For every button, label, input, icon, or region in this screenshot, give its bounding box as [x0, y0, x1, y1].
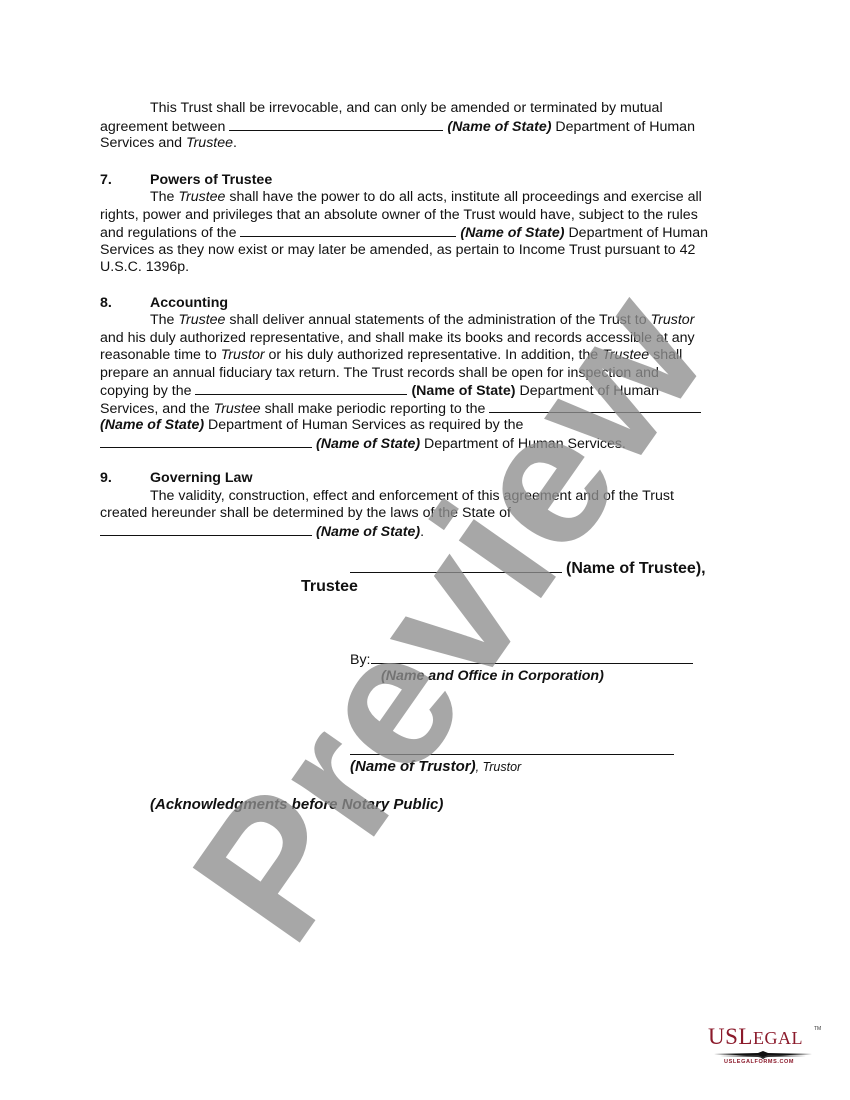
section-9-line-1: The validity, construction, effect and e…: [150, 488, 674, 505]
state-placeholder: (Name of State): [460, 225, 564, 241]
text: Department of Human: [568, 225, 708, 241]
text: EGAL: [753, 1028, 803, 1048]
section-8-line-6: Services, and the Trustee shall make per…: [100, 400, 705, 418]
text: shall have the power to do all acts, ins…: [229, 189, 701, 205]
section-7-number: 7.: [100, 172, 112, 189]
text: US: [708, 1024, 738, 1049]
by-signature-line: By:: [350, 651, 697, 669]
text: reasonable time to: [100, 347, 217, 363]
section-9-line-3: (Name of State).: [100, 523, 424, 541]
section-7-line-5: U.S.C. 1396p.: [100, 259, 189, 276]
trustor-label: (Name of Trustor), Trustor: [350, 758, 521, 776]
corporation-signature-blank[interactable]: [371, 651, 693, 664]
intro-line-1: This Trust shall be irrevocable, and can…: [150, 100, 663, 117]
trademark-mark: TM: [814, 1026, 821, 1032]
trustee-signature-line: (Name of Trustee),: [350, 558, 706, 578]
trustee-term: Trustee: [602, 347, 649, 363]
section-9-heading: Governing Law: [150, 470, 252, 487]
logo-wordmark: USLEGAL: [708, 1024, 803, 1050]
state-placeholder: (Name of State): [447, 119, 551, 135]
section-8-line-1: The Trustee shall deliver annual stateme…: [150, 312, 694, 329]
text: The: [150, 189, 174, 205]
document-page: This Trust shall be irrevocable, and can…: [0, 0, 850, 1100]
trustor-suffix: , Trustor: [476, 760, 522, 774]
trustee-term: Trustee: [186, 135, 233, 151]
section-8-line-2: and his duly authorized representative, …: [100, 330, 695, 347]
state-placeholder: (Name of State): [316, 436, 420, 452]
state-blank[interactable]: [195, 382, 407, 395]
trustor-term: Trustor: [221, 347, 265, 363]
text: copying by the: [100, 383, 192, 399]
state-blank[interactable]: [240, 224, 456, 237]
text: .: [420, 524, 424, 540]
section-7-line-1: The Trustee shall have the power to do a…: [150, 189, 702, 206]
trustor-name-label: (Name of Trustor): [350, 758, 476, 775]
text: shall make periodic reporting to the: [265, 401, 486, 417]
corporation-label: (Name and Office in Corporation): [381, 668, 604, 685]
uslegal-logo[interactable]: USLEGAL TM USLEGALFORMS.COM: [704, 1024, 822, 1068]
state-blank[interactable]: [489, 400, 701, 413]
trustee-label: Trustee: [301, 578, 358, 595]
notary-acknowledgment: (Acknowledgments before Notary Public): [150, 796, 443, 813]
text: .: [233, 135, 237, 151]
state-placeholder: (Name of State): [411, 383, 515, 399]
section-7-line-4: Services as they now exist or may later …: [100, 242, 695, 259]
text: and regulations of the: [100, 225, 236, 241]
state-placeholder: (Name of State): [100, 417, 204, 433]
section-7-line-2: rights, power and privileges that an abs…: [100, 207, 698, 224]
trustor-term: Trustor: [651, 312, 695, 328]
text: Services and: [100, 135, 182, 151]
text: Services, and the: [100, 401, 210, 417]
text: Department of Human: [555, 119, 695, 135]
section-8-number: 8.: [100, 295, 112, 312]
text: This Trust shall be irrevocable, and can…: [150, 100, 663, 116]
state-blank[interactable]: [100, 523, 312, 536]
section-8-line-4: prepare an annual fiduciary tax return. …: [100, 365, 659, 382]
trustee-signature-blank[interactable]: [350, 558, 562, 573]
text: Department of Human: [519, 383, 659, 399]
text: Department of Human Services.: [424, 436, 626, 452]
text: agreement between: [100, 119, 225, 135]
section-9-number: 9.: [100, 470, 112, 487]
state-placeholder: (Name of State): [316, 524, 420, 540]
section-8-line-7: (Name of State) Department of Human Serv…: [100, 417, 523, 434]
section-8-heading: Accounting: [150, 295, 228, 312]
text: shall: [653, 347, 682, 363]
section-8-line-8: (Name of State) Department of Human Serv…: [100, 435, 626, 453]
text: shall deliver annual statements of the a…: [229, 312, 646, 328]
text: L: [738, 1024, 753, 1049]
trustor-signature-line: [350, 740, 678, 760]
trustor-signature-blank[interactable]: [350, 740, 674, 755]
text: or his duly authorized representative. I…: [269, 347, 599, 363]
section-9-line-2: created hereunder shall be determined by…: [100, 505, 511, 522]
eagle-wings-icon: [714, 1051, 812, 1059]
state-blank[interactable]: [229, 118, 443, 131]
intro-line-3: Services and Trustee.: [100, 135, 237, 152]
trustee-name-label: (Name of Trustee),: [566, 560, 706, 577]
text: The: [150, 312, 174, 328]
logo-url: USLEGALFORMS.COM: [724, 1059, 794, 1065]
intro-line-2: agreement between (Name of State) Depart…: [100, 118, 695, 136]
section-7-heading: Powers of Trustee: [150, 172, 272, 189]
section-8-line-5: copying by the (Name of State) Departmen…: [100, 382, 659, 400]
state-blank[interactable]: [100, 435, 312, 448]
trustee-term: Trustee: [214, 401, 261, 417]
trustee-term: Trustee: [178, 312, 225, 328]
by-label: By:: [350, 652, 371, 668]
text: Department of Human Services as required…: [208, 417, 523, 433]
section-8-line-3: reasonable time to Trustor or his duly a…: [100, 347, 682, 364]
trustee-term: Trustee: [178, 189, 225, 205]
section-7-line-3: and regulations of the (Name of State) D…: [100, 224, 708, 242]
